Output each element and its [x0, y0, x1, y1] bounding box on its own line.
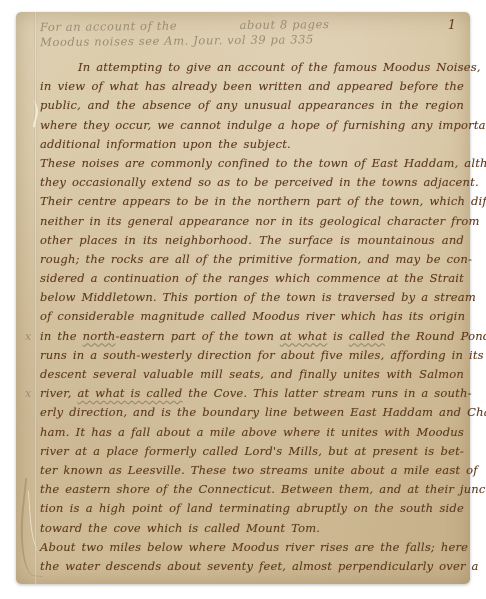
manuscript-line: public, and the absence of any unusual a…	[40, 96, 464, 115]
manuscript-line: below Middletown. This portion of the to…	[40, 288, 464, 307]
manuscript-line: neither in its general appearance nor in…	[40, 212, 464, 231]
page-number: 1	[448, 18, 456, 33]
pencil-underline: called	[349, 329, 385, 343]
margin-x-mark: x	[25, 327, 31, 346]
manuscript-line: ter known as Leesville. These two stream…	[40, 461, 464, 480]
manuscript-line: tion is a high point of land terminating…	[40, 499, 464, 518]
pencil-annotation-line2: Moodus noises see Am. Jour. vol 39 pa 33…	[40, 31, 440, 50]
manuscript-line: Their centre appears to be in the northe…	[40, 192, 464, 211]
manuscript-line: xin the north-eastern part of the town a…	[40, 327, 464, 346]
manuscript-line: of considerable magnitude called Moodus …	[40, 307, 464, 326]
manuscript-line: runs in a south-westerly direction for a…	[40, 346, 464, 365]
manuscript-line: About two miles below where Moodus river…	[40, 538, 464, 557]
pencil-annotation-text: For an account of the	[40, 19, 178, 34]
pencil-underline: north	[83, 329, 116, 343]
manuscript-line: These noises are commonly confined to th…	[40, 154, 464, 173]
pencil-underline: at what is called	[77, 386, 182, 400]
paper-crease	[19, 98, 41, 127]
manuscript-line: ham. It has a fall about a mile above wh…	[40, 423, 464, 442]
margin-x-mark: x	[25, 384, 31, 403]
manuscript-line: the eastern shore of the Connecticut. Be…	[40, 480, 464, 499]
pencil-annotation-pages: about 8 pages	[239, 17, 329, 32]
manuscript-line: erly direction, and is the boundary line…	[40, 403, 464, 422]
manuscript-line: rough; the rocks are all of the primitiv…	[40, 250, 464, 269]
manuscript-page: For an account of the about 8 pages Mood…	[16, 12, 470, 584]
manuscript-line: where they occur, we cannot indulge a ho…	[40, 116, 464, 135]
pencil-underline: at what	[280, 329, 327, 343]
manuscript-line: in view of what has already been written…	[40, 77, 464, 96]
manuscript-line: In attempting to give an account of the …	[40, 58, 464, 77]
manuscript-line: river at a place formerly called Lord's …	[40, 442, 464, 461]
pencil-annotation: For an account of the about 8 pages Mood…	[40, 16, 440, 50]
manuscript-line: toward the cove which is called Mount To…	[40, 519, 464, 538]
manuscript-line: the water descends about seventy feet, a…	[40, 557, 464, 576]
manuscript-line: xriver, at what is called the Cove. This…	[40, 384, 464, 403]
manuscript-line: descent several valuable mill seats, and…	[40, 365, 464, 384]
manuscript-line: additional information upon the subject.	[40, 135, 464, 154]
manuscript-line: sidered a continuation of the ranges whi…	[40, 269, 464, 288]
manuscript-line: other places in its neighborhood. The su…	[40, 231, 464, 250]
manuscript-line: they occasionally extend so as to be per…	[40, 173, 464, 192]
scan-background: For an account of the about 8 pages Mood…	[0, 0, 486, 599]
manuscript-body: In attempting to give an account of the …	[40, 58, 464, 576]
